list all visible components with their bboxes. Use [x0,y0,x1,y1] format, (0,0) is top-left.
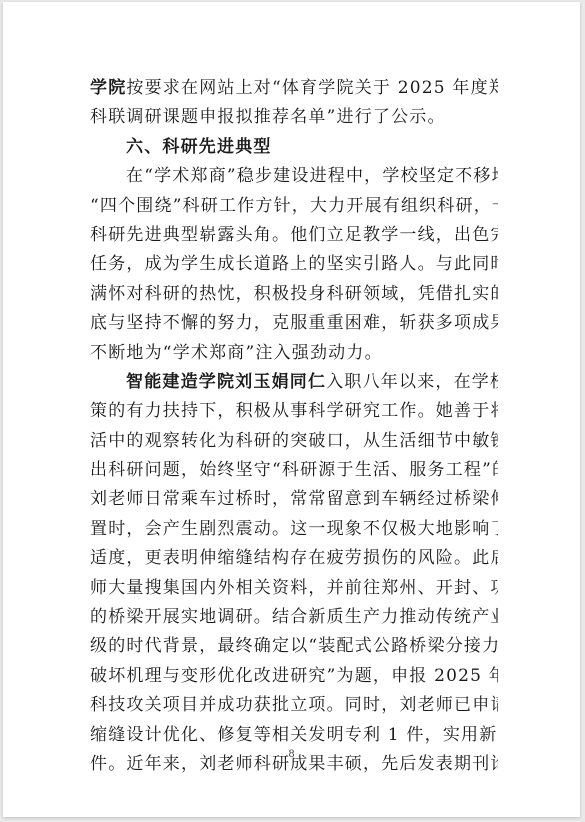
text-line: 科联调研课题申报拟推荐名单”进行了公示。 [90,103,498,132]
text-line: “四个围绕”科研工作方针，大力开展有组织科研，一批批 [90,192,498,221]
page-number: 8 [3,749,580,760]
bold-lead-text: 学院 [90,78,126,98]
paragraph-text: 按要求在网站上对“体育学院关于 2025 年度郑州市社 [126,78,498,98]
text-line: 破坏机理与变形优化改进研究”为题，申报 2025 年河南省 [90,662,498,691]
text-line: 师大量搜集国内外相关资料，并前往郑州、开封、巩义等地 [90,574,498,603]
text-line: 任务，成为学生成长道路上的坚实引路人。与此同时，他们 [90,250,498,279]
text-line: 缩缝设计优化、修复等相关发明专利 1 件，实用新型专利 2 [90,721,498,750]
text-line: 出科研问题，始终坚守“科研源于生活、服务工程”的理念。 [90,456,498,485]
text-line: 科研先进典型崭露头角。他们立足教学一线，出色完成教学 [90,221,498,250]
text-line: 适度，更表明伸缩缝结构存在疲劳损伤的风险。此后，刘老 [90,544,498,573]
text-line: 刘老师日常乘车过桥时，常常留意到车辆经过桥梁伸缩缝位 [90,485,498,514]
text-line: 策的有力扶持下，积极从事科学研究工作。她善于将日常生 [90,397,498,426]
text-line: 智能建造学院刘玉娟同仁入职八年以来，在学校科研政 [90,368,498,397]
document-page: 学院按要求在网站上对“体育学院关于 2025 年度郑州市社 科联调研课题申报拟推… [3,2,580,817]
text-line: 在“学术郑商”稳步建设进程中，学校坚定不移地遵循 [90,162,498,191]
text-line: 满怀对科研的热忱，积极投身科研领域，凭借扎实的专业功 [90,280,498,309]
text-line: 活中的观察转化为科研的突破口，从生活细节中敏锐地提炼 [90,427,498,456]
text-line: 级的时代背景，最终确定以“装配式公路桥梁分接力伸缩缝 [90,632,498,661]
text-line: 置时，会产生剧烈震动。这一现象不仅极大地影响了行车舒 [90,515,498,544]
text-line: 学院按要求在网站上对“体育学院关于 2025 年度郑州市社 [90,74,498,103]
bold-lead-text: 智能建造学院刘玉娟同仁 [126,372,326,392]
text-line: 科技攻关项目并成功获批立项。同时，刘老师已申请桥梁伸 [90,691,498,720]
section-heading: 六、科研先进典型 [90,133,498,162]
text-line: 不断地为“学术郑商”注入强劲动力。 [90,339,498,368]
text-line: 的桥梁开展实地调研。结合新质生产力推动传统产业转型升 [90,603,498,632]
text-line: 底与坚持不懈的努力，克服重重困难，斩获多项成果，源源 [90,309,498,338]
document-body: 学院按要求在网站上对“体育学院关于 2025 年度郑州市社 科联调研课题申报拟推… [90,74,498,779]
paragraph-text: 入职八年以来，在学校科研政 [326,372,498,392]
